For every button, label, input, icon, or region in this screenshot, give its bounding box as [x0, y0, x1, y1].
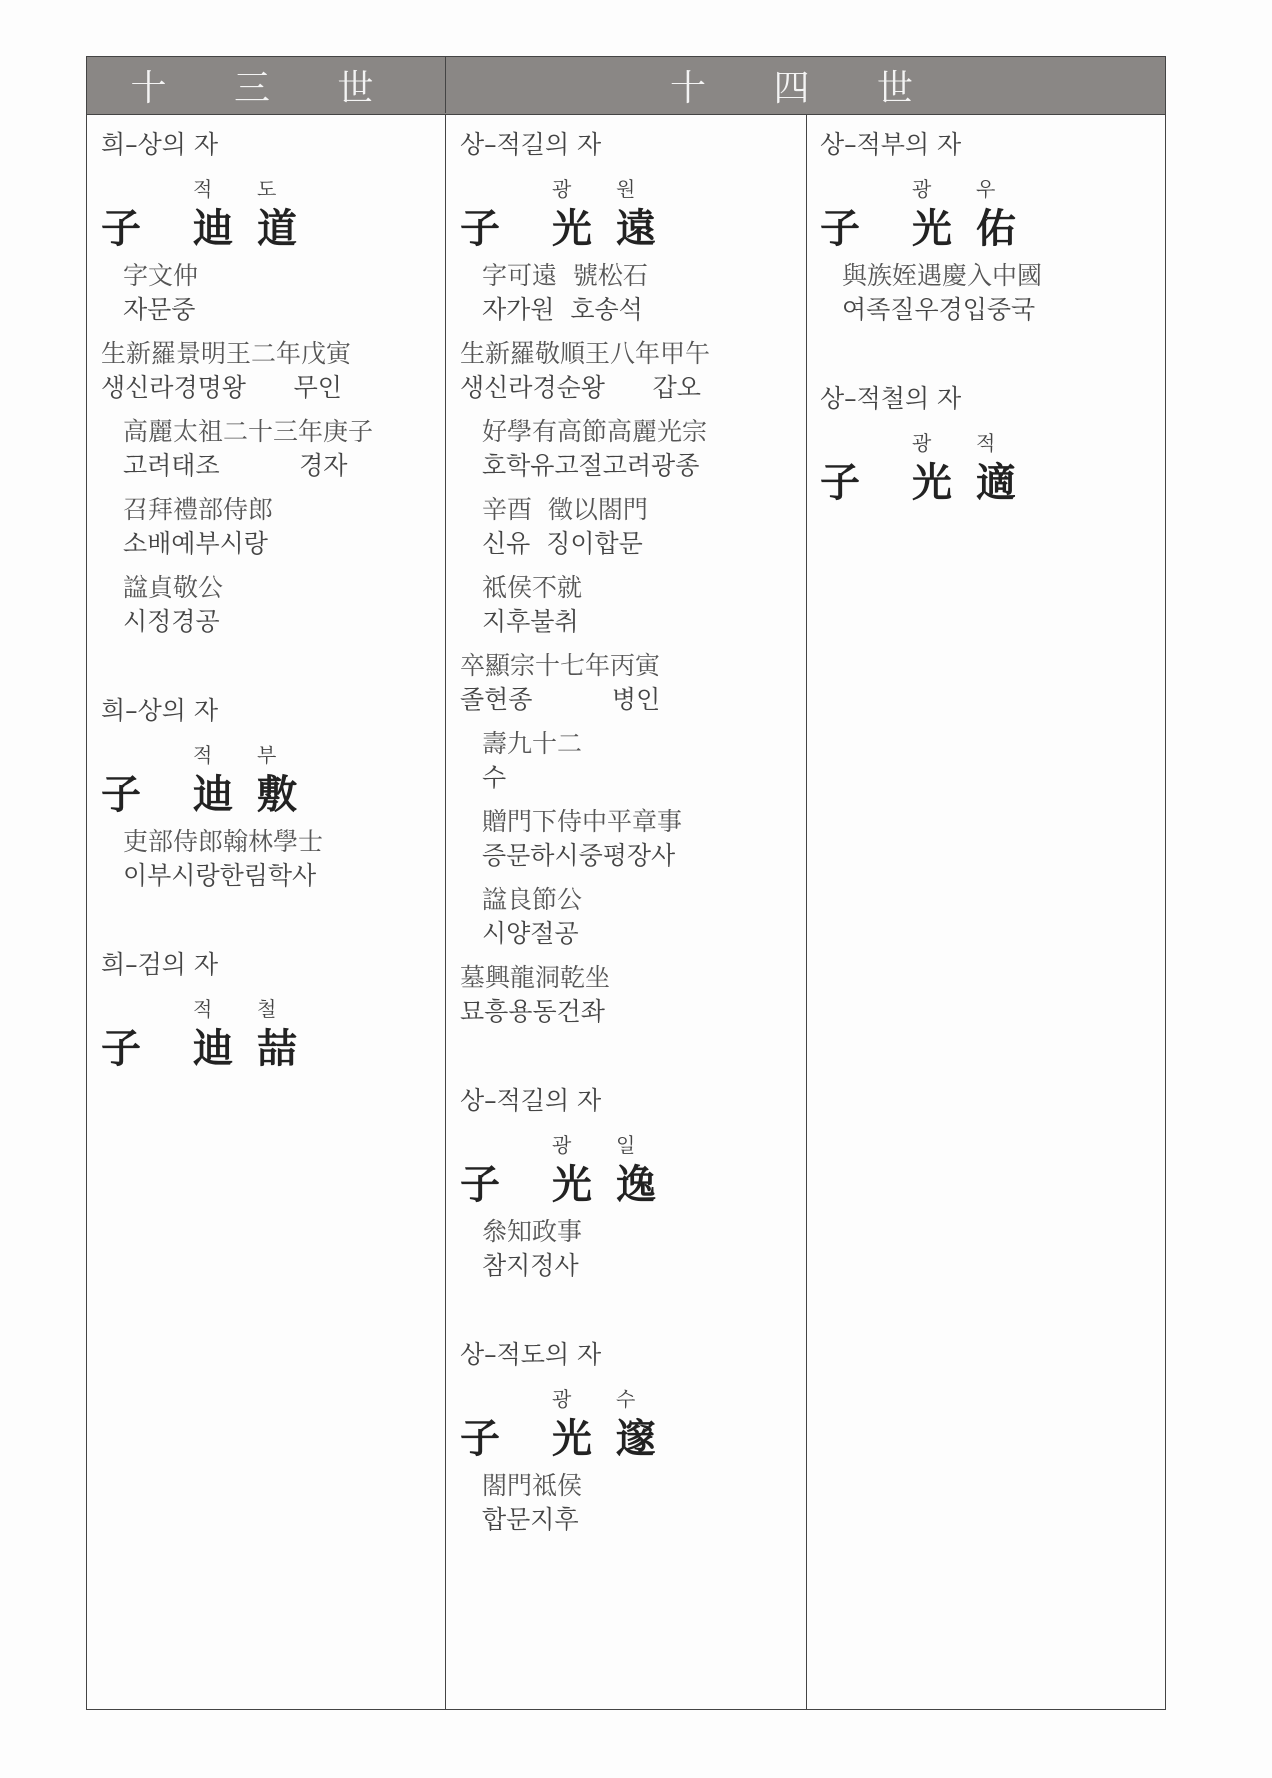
note: 生新羅景明王二年戊寅생신라경명왕 무인 [101, 337, 446, 405]
name-block: 적 철 子迪喆 [101, 989, 446, 1073]
name-block: 광 우 子光佑 [820, 169, 1166, 253]
parent-label: 상–적부의 자 [820, 127, 1166, 163]
name-block: 광 수 子光邃 [460, 1379, 806, 1463]
person-name: 子光適 [820, 451, 1040, 508]
generation-header-row: 十 三 世 十 四 世 [87, 57, 1165, 115]
note: 贈門下侍中平章事증문하시중평장사 [460, 805, 806, 873]
note: 祗侯不就지후불취 [460, 571, 806, 639]
name-block: 광 일 子光逸 [460, 1125, 806, 1209]
name-block: 적 부 子迪敷 [101, 735, 446, 819]
person-entry: 희–상의 자 적 부 子迪敷 吏部侍郎翰林學士이부시랑한림학사 [101, 693, 446, 893]
note: 字文仲자문중 [101, 259, 446, 327]
person-name: 子光邃 [460, 1407, 680, 1464]
person-name: 子光遠 [460, 197, 680, 254]
parent-label: 상–적길의 자 [460, 127, 806, 163]
parent-label: 희–검의 자 [101, 947, 446, 983]
parent-label: 상–적도의 자 [460, 1337, 806, 1373]
note: 諡貞敬公시정경공 [101, 571, 446, 639]
person-entry: 희–상의 자 적 도 子迪道 字文仲자문중 生新羅景明王二年戊寅생신라경명왕 무… [101, 127, 446, 639]
person-name: 子光佑 [820, 197, 1040, 254]
column-generation-14-a: 상–적길의 자 광 원 子光遠 字可遠 號松石자가원 호송석 生新羅敬順王八年甲… [446, 115, 806, 1709]
person-entry: 상–적길의 자 광 원 子光遠 字可遠 號松石자가원 호송석 生新羅敬順王八年甲… [460, 127, 806, 1029]
parent-label: 상–적철의 자 [820, 381, 1166, 417]
person-entry: 상–적길의 자 광 일 子光逸 叅知政事참지정사 [460, 1083, 806, 1283]
column-generation-14-b: 상–적부의 자 광 우 子光佑 與族姪遇慶入中國여족질우경입중국 상–적철의 자… [806, 115, 1166, 1709]
header-generation-13: 十 三 世 [87, 57, 446, 113]
header-generation-14: 十 四 世 [446, 57, 1165, 113]
note: 生新羅敬順王八年甲午생신라경순왕 갑오 [460, 337, 806, 405]
name-block: 광 원 子光遠 [460, 169, 806, 253]
person-name: 子光逸 [460, 1153, 680, 1210]
note: 吏部侍郎翰林學士이부시랑한림학사 [101, 825, 446, 893]
note: 與族姪遇慶入中國여족질우경입중국 [820, 259, 1166, 327]
note: 諡良節公시양절공 [460, 883, 806, 951]
parent-label: 상–적길의 자 [460, 1083, 806, 1119]
genealogy-table: 十 三 世 十 四 世 희–상의 자 적 도 子迪道 字文仲자문중 生新羅景明王… [86, 56, 1166, 1710]
note: 叅知政事참지정사 [460, 1215, 806, 1283]
note: 召拜禮部侍郎소배예부시랑 [101, 493, 446, 561]
person-name: 子迪喆 [101, 1017, 321, 1074]
name-block: 광 적 子光適 [820, 423, 1166, 507]
note: 壽九十二수 [460, 727, 806, 795]
person-entry: 희–검의 자 적 철 子迪喆 [101, 947, 446, 1073]
note: 辛酉 徵以閤門신유 징이합문 [460, 493, 806, 561]
note: 墓興龍洞乾坐묘흥용동건좌 [460, 961, 806, 1029]
note: 高麗太祖二十三年庚子고려태조 경자 [101, 415, 446, 483]
parent-label: 희–상의 자 [101, 127, 446, 163]
note: 好學有高節高麗光宗호학유고절고려광종 [460, 415, 806, 483]
person-entry: 상–적부의 자 광 우 子光佑 與族姪遇慶入中國여족질우경입중국 [820, 127, 1166, 327]
column-generation-13: 희–상의 자 적 도 子迪道 字文仲자문중 生新羅景明王二年戊寅생신라경명왕 무… [87, 115, 446, 1709]
parent-label: 희–상의 자 [101, 693, 446, 729]
note: 卒顯宗十七年丙寅졸현종 병인 [460, 649, 806, 717]
person-name: 子迪道 [101, 197, 321, 254]
person-entry: 상–적도의 자 광 수 子光邃 閤門祗侯합문지후 [460, 1337, 806, 1537]
name-block: 적 도 子迪道 [101, 169, 446, 253]
person-entry: 상–적철의 자 광 적 子光適 [820, 381, 1166, 507]
note: 閤門祗侯합문지후 [460, 1469, 806, 1537]
person-name: 子迪敷 [101, 763, 321, 820]
note: 字可遠 號松石자가원 호송석 [460, 259, 806, 327]
